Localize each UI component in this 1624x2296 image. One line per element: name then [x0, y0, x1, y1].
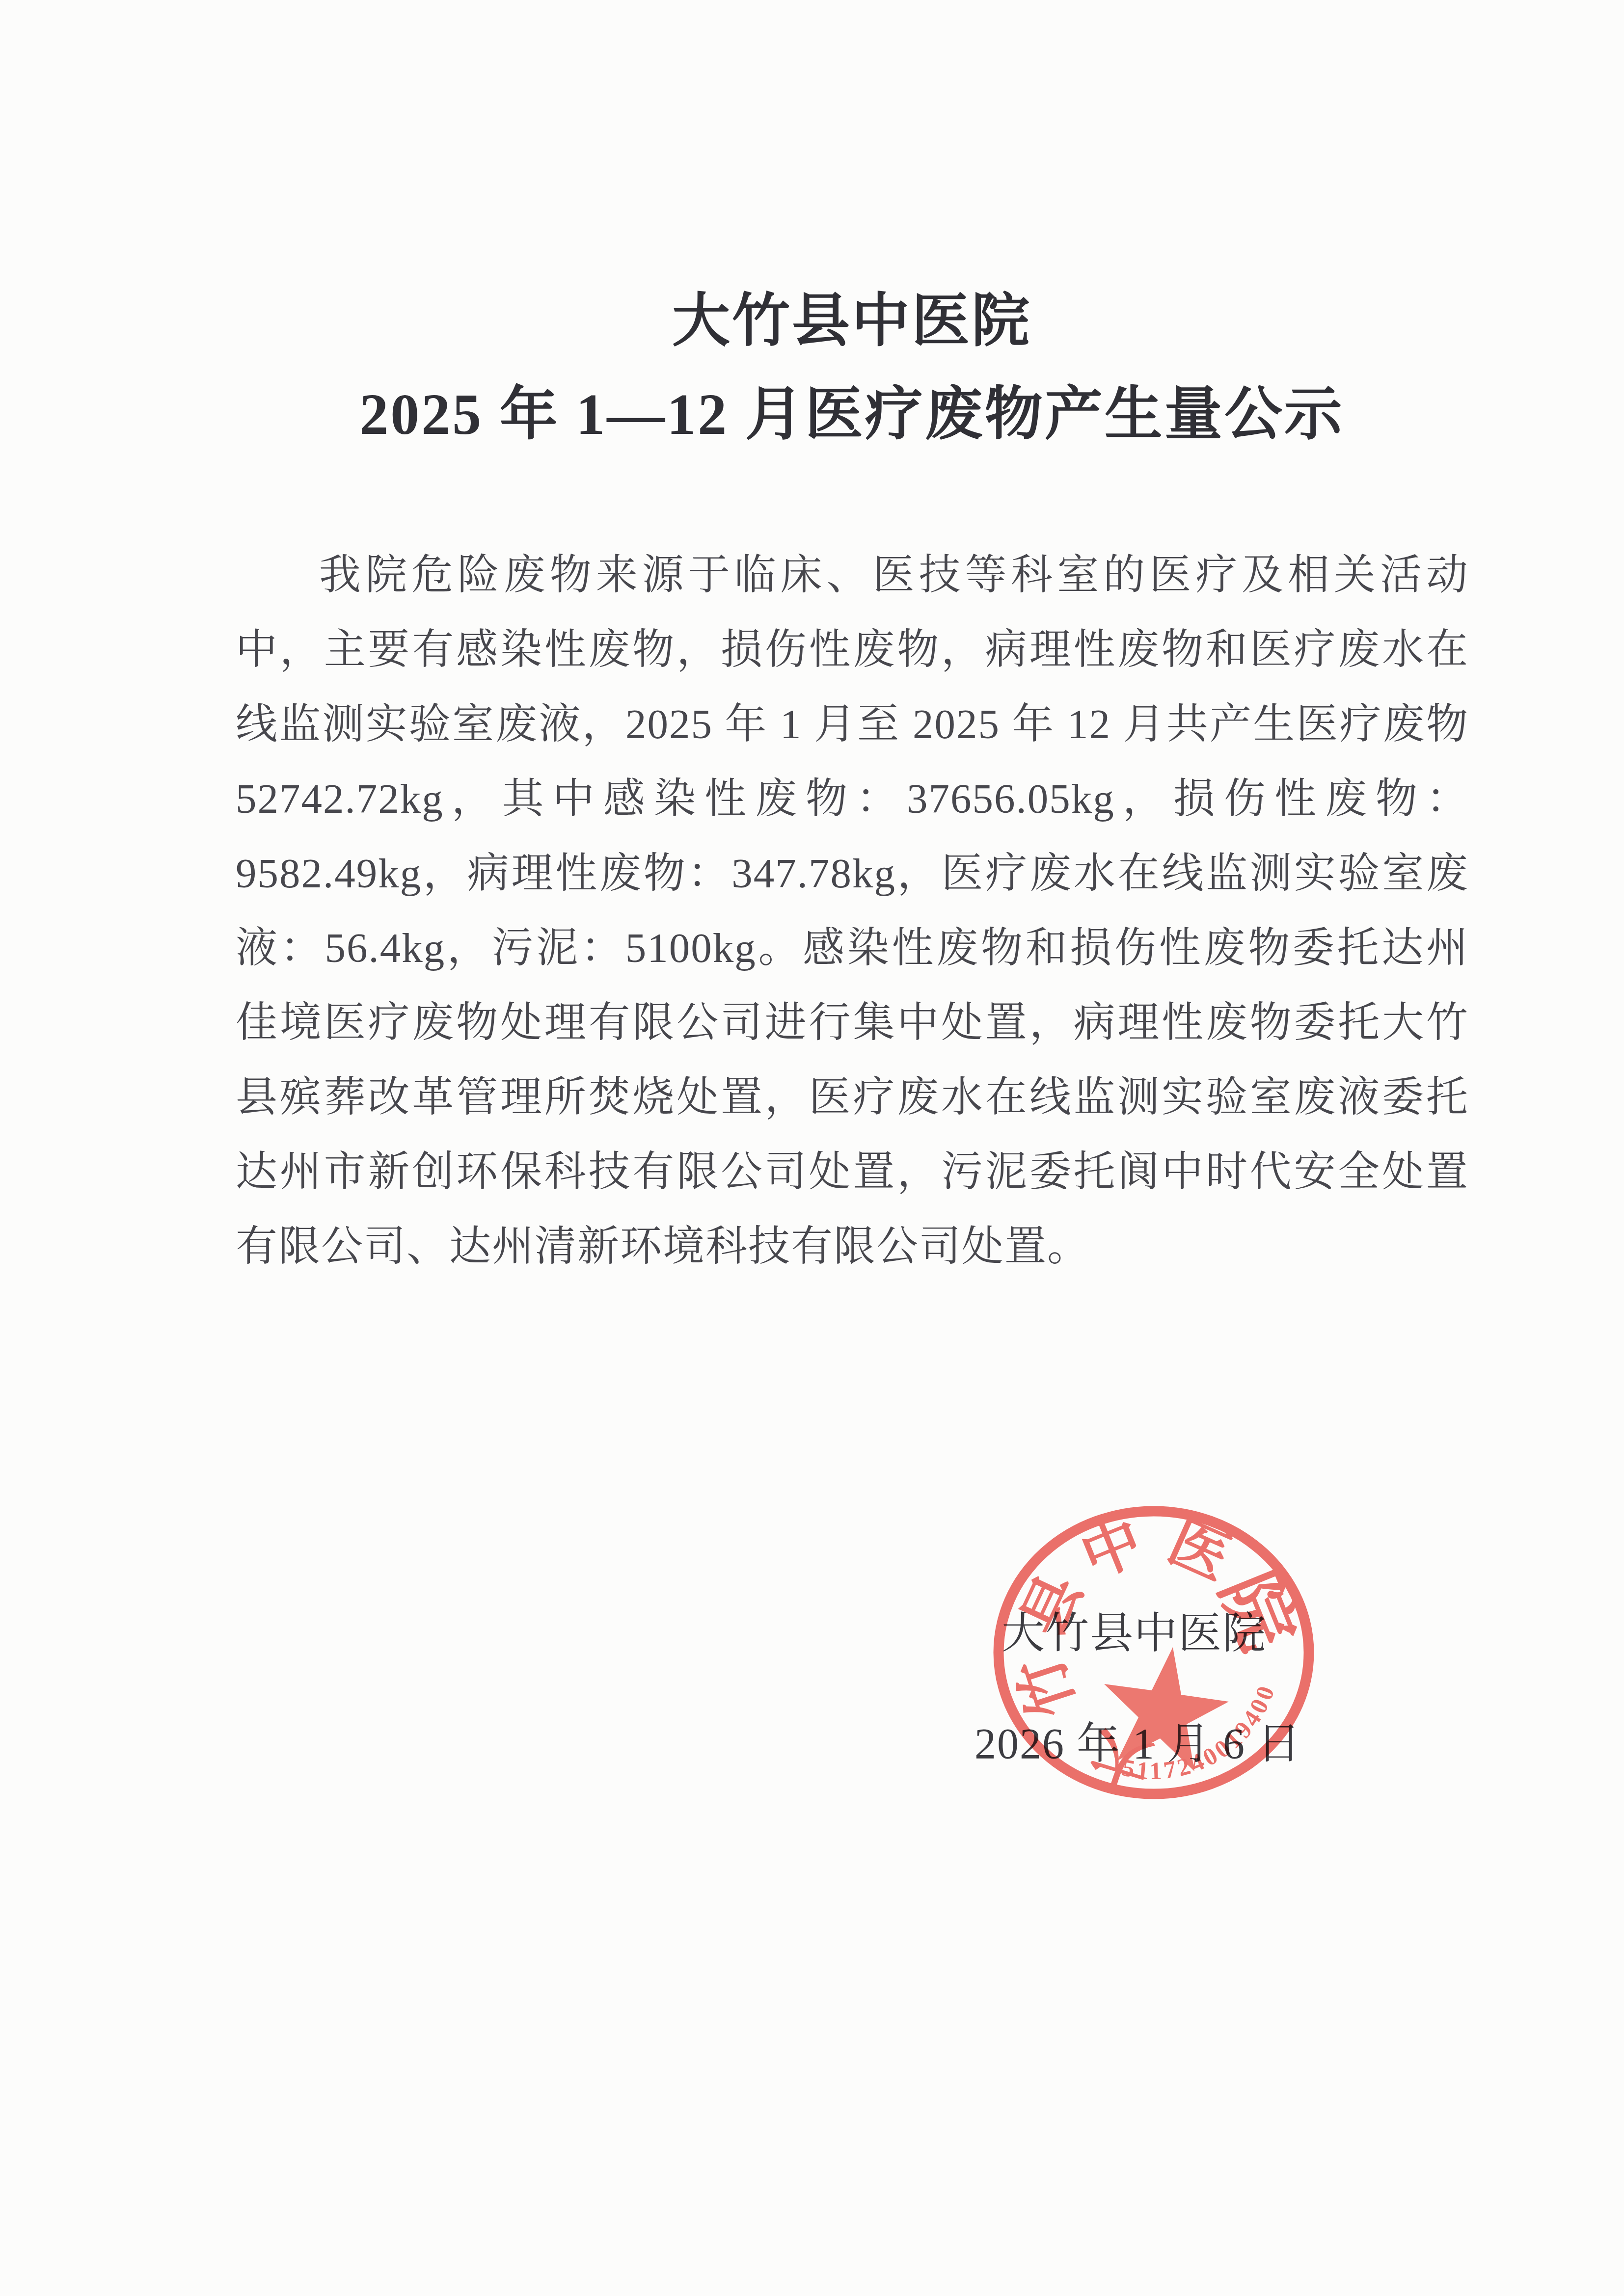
title-line-1: 大竹县中医院 [236, 275, 1468, 368]
seal-char-zhong: 中 [1072, 1508, 1151, 1590]
title-line-2: 2025 年 1—12 月医疗废物产生量公示 [236, 368, 1468, 461]
body-paragraph: 我院危险废物来源于临床、医技等科室的医疗及相关活动中，主要有感染性废物，损伤性废… [236, 538, 1469, 1284]
page-title: 大竹县中医院 2025 年 1—12 月医疗废物产生量公示 [236, 275, 1468, 461]
official-seal: 大 竹 县 中 医 院 5117240019400 [984, 1499, 1323, 1806]
document-page: 大竹县中医院 2025 年 1—12 月医疗废物产生量公示 我院危险废物来源于临… [0, 0, 1624, 2296]
seal-char-yuan: 院 [1205, 1561, 1310, 1661]
seal-char-yi: 医 [1159, 1509, 1240, 1592]
